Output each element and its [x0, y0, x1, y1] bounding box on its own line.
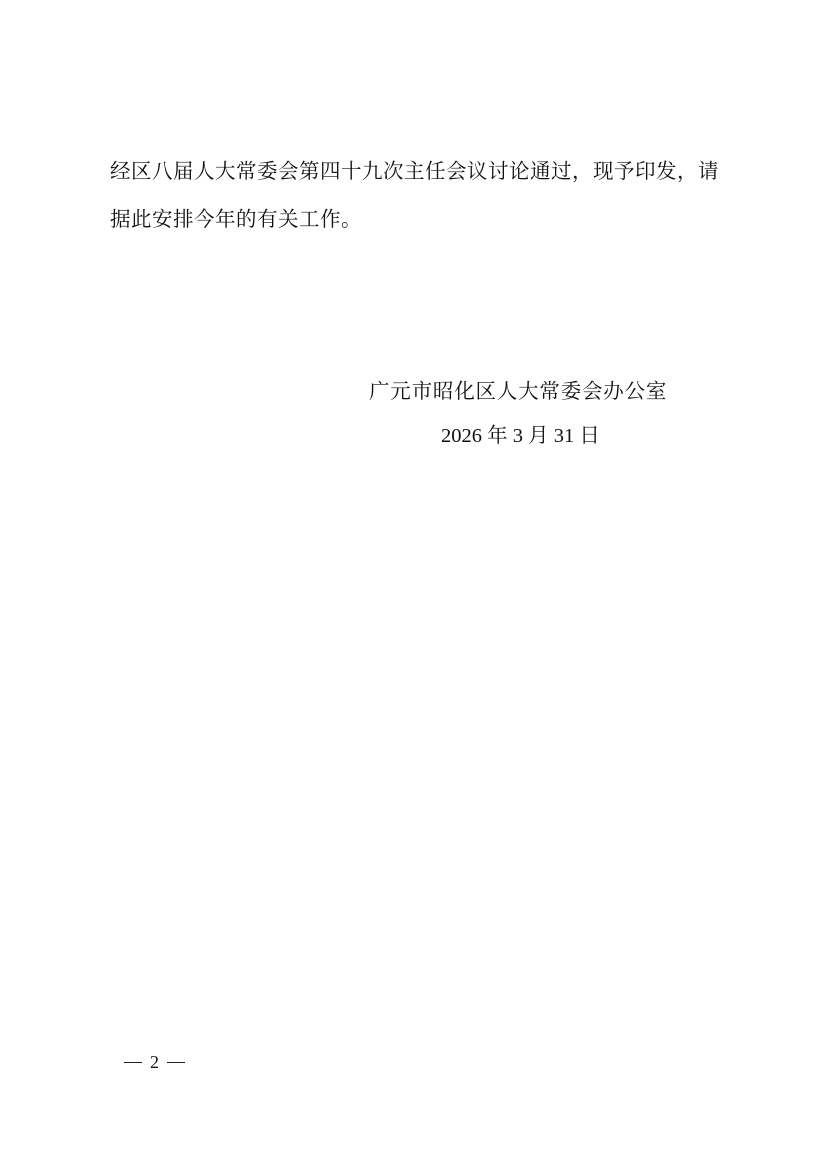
issuing-office-signature: 广元市昭化区人大常委会办公室	[369, 381, 667, 402]
body-text-line-2: 据此安排今年的有关工作。	[110, 209, 362, 230]
dash-left-icon	[124, 1062, 142, 1063]
page-footer: 2	[124, 1053, 185, 1071]
document-page: 经区八届人大常委会第四十九次主任会议讨论通过，现予印发，请 据此安排今年的有关工…	[0, 0, 827, 1170]
issue-date: 2026 年 3 月 31 日	[441, 426, 600, 447]
page-number: 2	[150, 1053, 159, 1071]
body-text-line-1: 经区八届人大常委会第四十九次主任会议讨论通过，现予印发，请	[110, 161, 719, 182]
dash-right-icon	[167, 1062, 185, 1063]
